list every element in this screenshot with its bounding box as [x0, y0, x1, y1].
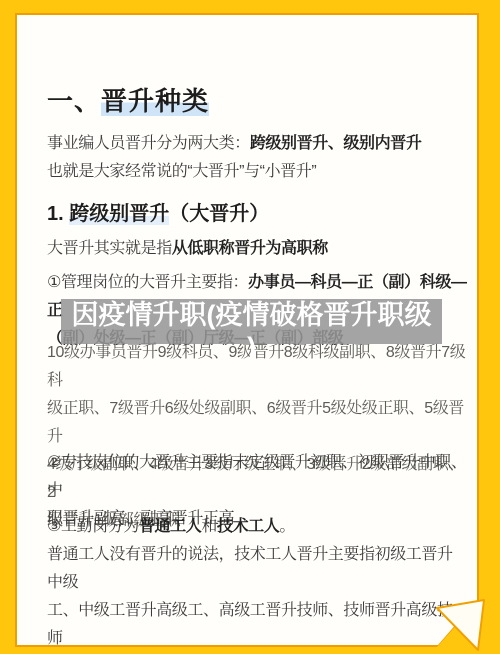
- item3-line-1: ③工勤岗分为普通工人和技术工人。: [47, 513, 467, 541]
- section-heading-highlight: 跨级别晋升: [69, 203, 169, 225]
- item3-worker: ③工勤岗分为普通工人和技术工人。 普通工人没有晋升的说法，技术工人晋升主要指初级…: [47, 513, 467, 653]
- page-fold-corner: [428, 593, 488, 654]
- section-heading-number: 1.: [47, 203, 69, 225]
- detail-line-2: 级正职、7级晋升6级处级副职、6级晋升5级处级正职、5级晋升: [47, 395, 467, 451]
- item3-bold-2: 技术工人: [217, 518, 279, 535]
- watermark-banner: 因疫情升职(疫情破格晋升职级 ): [61, 299, 442, 344]
- intro-paragraph: 事业编人员晋升分为两大类：跨级别晋升、级别内晋升 也就是大家经常说的“大晋升”与…: [47, 130, 467, 186]
- page-background: { "title": { "prefix": "一、", "highlight"…: [0, 0, 500, 654]
- fold-flap: [437, 600, 484, 650]
- item3-normal-2: 和: [201, 518, 217, 535]
- item2-line-1: ②专技岗位的大晋升主要指未定级晋升初职、初职晋升中职、中: [47, 449, 467, 505]
- watermark-text-line1: 因疫情升职(疫情破格晋升职级: [61, 300, 442, 331]
- lede-bold: 从低职称晋升为高职称: [172, 240, 328, 257]
- page-title: 一、晋升种类: [47, 81, 467, 118]
- intro-line-2: 也就是大家经常说的“大晋升”与“小晋升”: [47, 158, 467, 186]
- section-heading: 1. 跨级别晋升（大晋升）: [47, 197, 467, 226]
- intro-line-1: 事业编人员晋升分为两大类：跨级别晋升、级别内晋升: [47, 130, 467, 158]
- item3-normal-1: ③工勤岗分为: [47, 518, 139, 535]
- section-heading-rest: （大晋升）: [169, 203, 269, 225]
- item3-line-3: 工、中级工晋升高级工、高级工晋升技师、技师晋升高级技师: [47, 597, 467, 653]
- item3-bold-1: 普通工人: [139, 518, 201, 535]
- item3-line-2: 普通工人没有晋升的说法，技术工人晋升主要指初级工晋升中级: [47, 541, 467, 597]
- lede-normal: 大晋升其实就是指: [47, 240, 172, 257]
- intro-line1-normal: 事业编人员晋升分为两大类：: [47, 135, 250, 152]
- section-lede: 大晋升其实就是指从低职称晋升为高职称: [47, 235, 467, 263]
- intro-line1-bold: 跨级别晋升、级别内晋升: [250, 135, 422, 152]
- item1-line1-normal: ①管理岗位的大晋升主要指：: [47, 274, 248, 291]
- card-border: 一、晋升种类 事业编人员晋升分为两大类：跨级别晋升、级别内晋升 也就是大家经常说…: [15, 13, 479, 647]
- item3-period: 。: [279, 518, 295, 535]
- watermark-text-line2: ): [61, 332, 442, 363]
- content-card: 一、晋升种类 事业编人员晋升分为两大类：跨级别晋升、级别内晋升 也就是大家经常说…: [17, 15, 477, 645]
- page-title-prefix: 一、: [47, 86, 101, 116]
- page-title-highlight: 晋升种类: [101, 86, 209, 116]
